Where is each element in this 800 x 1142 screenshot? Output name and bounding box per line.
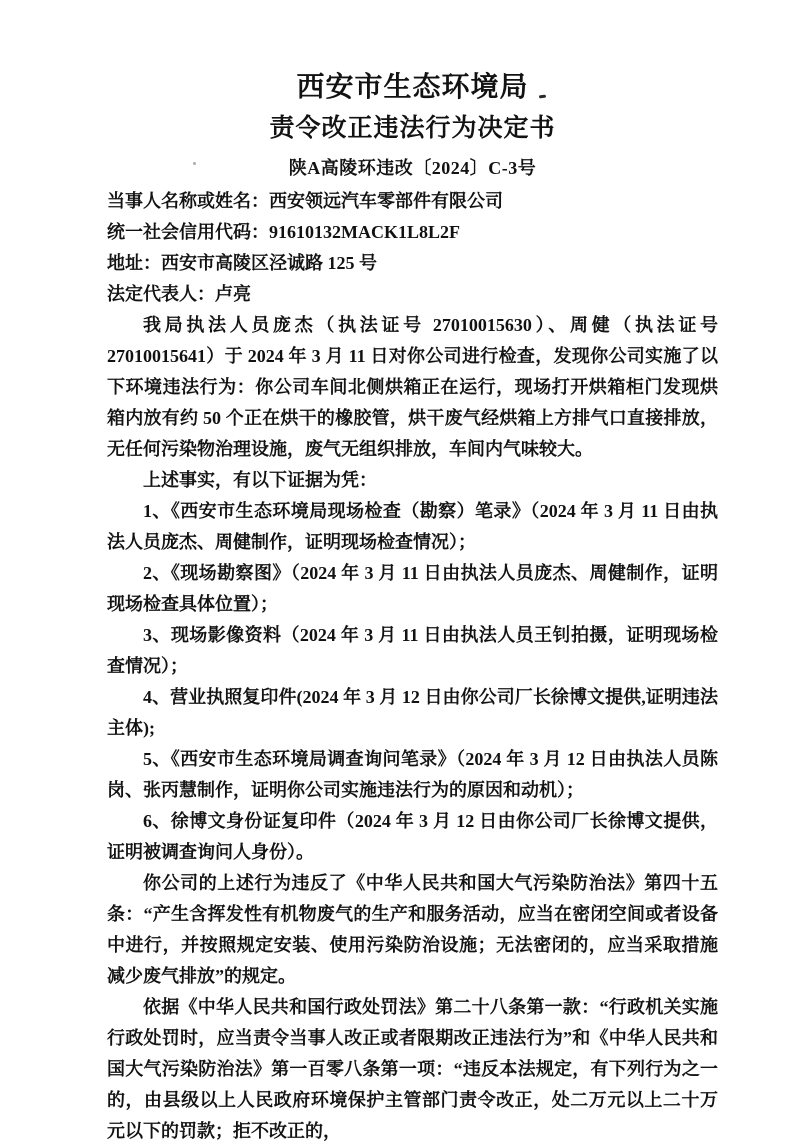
evidence-item-5: 5、《西安市生态环境局调查询问笔录》（2024 年 3 月 12 日由执法人员陈…: [107, 744, 718, 806]
agency-title: 西安市生态环境局: [107, 70, 718, 106]
credit-code-value: 91610132MACK1L8L2F: [269, 222, 460, 242]
document-content: 西安市生态环境局 责令改正违法行为决定书 陕A高陵环违改〔2024〕C-3号 当…: [107, 70, 718, 1142]
paragraph-inspection-findings: 我局执法人员庞杰（执法证号 27010015630）、周健（执法证号 27010…: [107, 310, 718, 465]
credit-code-line: 统一社会信用代码：91610132MACK1L8L2F: [107, 217, 718, 248]
legal-representative-value: 卢亮: [215, 284, 251, 304]
document-body: 当事人名称或姓名：西安领远汽车零部件有限公司 统一社会信用代码：91610132…: [107, 186, 718, 1142]
party-name-value: 西安领远汽车零部件有限公司: [269, 191, 503, 211]
party-name-label: 当事人名称或姓名：: [107, 191, 269, 211]
paragraph-evidence-intro: 上述事实，有以下证据为凭：: [107, 465, 718, 496]
party-name-line: 当事人名称或姓名：西安领远汽车零部件有限公司: [107, 186, 718, 217]
evidence-item-4: 4、营业执照复印件(2024 年 3 月 12 日由你公司厂长徐博文提供,证明违…: [107, 682, 718, 744]
address-value: 西安市高陵区泾诚路 125 号: [161, 253, 377, 273]
paragraph-legal-basis: 依据《中华人民共和国行政处罚法》第二十八条第一款：“行政机关实施行政处罚时，应当…: [107, 992, 718, 1142]
paragraph-violated-law: 你公司的上述行为违反了《中华人民共和国大气污染防治法》第四十五条：“产生含挥发性…: [107, 868, 718, 992]
legal-representative-line: 法定代表人：卢亮: [107, 279, 718, 310]
evidence-item-6: 6、徐博文身份证复印件（2024 年 3 月 12 日由你公司厂长徐博文提供，证…: [107, 806, 718, 868]
address-line: 地址：西安市高陵区泾诚路 125 号: [107, 248, 718, 279]
evidence-item-3: 3、现场影像资料（2024 年 3 月 11 日由执法人员王钊拍摄，证明现场检查…: [107, 620, 718, 682]
document-number: 陕A高陵环违改〔2024〕C-3号: [107, 155, 718, 181]
document-title: 责令改正违法行为决定书: [107, 112, 718, 146]
evidence-item-2: 2、《现场勘察图》（2024 年 3 月 11 日由执法人员庞杰、周健制作，证明…: [107, 558, 718, 620]
address-label: 地址：: [107, 253, 161, 273]
document-page: 西安市生态环境局 责令改正违法行为决定书 陕A高陵环违改〔2024〕C-3号 当…: [0, 0, 800, 1142]
credit-code-label: 统一社会信用代码：: [107, 222, 269, 242]
legal-representative-label: 法定代表人：: [107, 284, 215, 304]
evidence-item-1: 1、《西安市生态环境局现场检查（勘察）笔录》（2024 年 3 月 11 日由执…: [107, 496, 718, 558]
